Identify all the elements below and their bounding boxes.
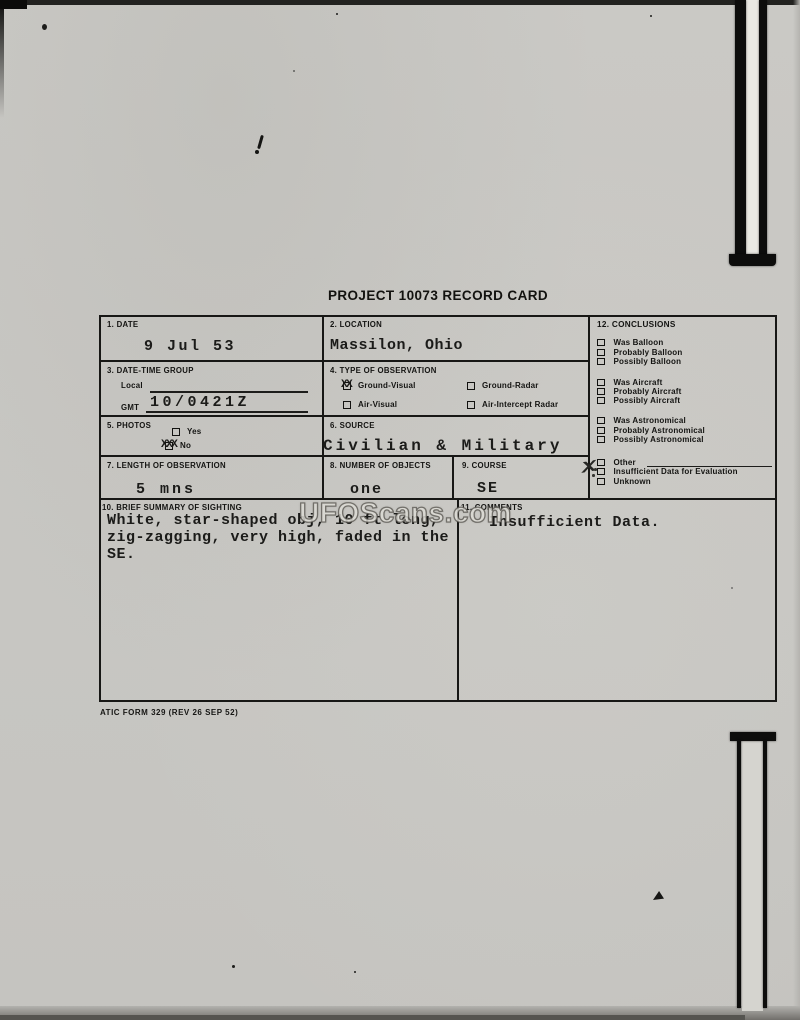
film-bar-top-right	[759, 0, 767, 256]
gmt-label: GMT	[121, 403, 139, 412]
local-label: Local	[121, 381, 143, 390]
form-number-footer: ATIC FORM 329 (REV 26 SEP 52)	[100, 708, 238, 717]
conclusion-was-astronomical: Was Astronomical	[597, 416, 772, 425]
ink-speck	[293, 70, 295, 72]
checkbox-icon	[597, 379, 605, 387]
film-strip-gap	[745, 0, 760, 254]
number-of-objects-value: one	[350, 481, 383, 498]
option-air-visual: Air-Visual	[343, 400, 397, 409]
checkbox-icon	[172, 428, 180, 436]
scan-right-edge	[793, 0, 800, 1020]
other-underline	[647, 459, 772, 467]
watermark: UFOScans.com	[299, 497, 512, 529]
checkbox-icon	[597, 339, 605, 347]
conclusion-probably-balloon: Probably Balloon	[597, 348, 772, 357]
checkbox-icon: XX	[343, 382, 351, 390]
ink-speck	[650, 15, 652, 17]
length-of-observation-value: 5 mns	[136, 481, 196, 498]
checkbox-icon	[597, 358, 605, 366]
pen-slash-dot	[255, 150, 259, 154]
checkbox-icon	[597, 468, 605, 476]
number-of-objects-label: 8. NUMBER OF OBJECTS	[330, 461, 431, 470]
conclusion-probably-astronomical: Probably Astronomical	[597, 426, 772, 435]
conclusion-unknown: Unknown	[597, 477, 772, 486]
pen-slash-mark	[257, 135, 264, 149]
conclusion-other: Other	[597, 458, 772, 467]
type-of-observation-label: 4. TYPE OF OBSERVATION	[330, 366, 437, 375]
film-bar-top-base	[729, 254, 776, 266]
ink-speck	[232, 965, 235, 968]
ink-speck	[336, 13, 338, 15]
grid-line	[99, 415, 590, 417]
length-of-observation-label: 7. LENGTH OF OBSERVATION	[107, 461, 226, 470]
scan-bottom-edge-dark	[0, 1015, 745, 1020]
ink-speck	[42, 24, 47, 30]
gmt-value: 10/0421Z	[150, 394, 250, 411]
grid-line	[99, 360, 590, 362]
stray-mark	[592, 474, 595, 477]
scan-left-edge	[0, 0, 4, 118]
grid-line	[452, 455, 454, 500]
ink-speck	[354, 971, 356, 973]
film-line-bottom-left	[737, 740, 741, 1008]
film-line-bottom-right	[763, 740, 767, 1008]
date-label: 1. DATE	[107, 320, 138, 329]
conclusion-possibly-balloon: Possibly Balloon	[597, 357, 772, 366]
option-air-intercept-radar: Air-Intercept Radar	[467, 400, 558, 409]
brief-summary-label: 10. BRIEF SUMMARY OF SIGHTING	[102, 503, 242, 512]
scan-top-edge	[0, 0, 800, 5]
gmt-underline	[146, 411, 308, 413]
grid-line	[99, 455, 590, 457]
document-title: PROJECT 10073 RECORD CARD	[99, 288, 777, 303]
checkbox-icon	[597, 427, 605, 435]
film-strip-gap-bottom	[742, 741, 763, 1011]
conclusion-possibly-astronomical: Possibly Astronomical	[597, 435, 772, 444]
conclusion-was-balloon: Was Balloon	[597, 338, 772, 347]
checkbox-icon	[597, 397, 605, 405]
conclusion-probably-aircraft: Probably Aircraft	[597, 387, 772, 396]
checkbox-icon	[343, 401, 351, 409]
x-mark: XXX	[161, 439, 176, 451]
checkbox-icon	[467, 401, 475, 409]
date-value: 9 Jul 53	[144, 338, 236, 355]
course-label: 9. COURSE	[462, 461, 507, 470]
photos-label: 5. PHOTOS	[107, 421, 151, 430]
date-time-group-label: 3. DATE-TIME GROUP	[107, 366, 194, 375]
checkbox-icon	[597, 436, 605, 444]
location-value: Massilon, Ohio	[330, 337, 463, 354]
location-label: 2. LOCATION	[330, 320, 382, 329]
comments-value: Insufficient Data.	[489, 514, 660, 531]
course-value: SE	[477, 480, 499, 497]
source-label: 6. SOURCE	[330, 421, 375, 430]
scanned-document-page: PROJECT 10073 RECORD CARD 1. DATE 9 Jul …	[0, 0, 800, 1020]
checkbox-icon	[597, 349, 605, 357]
conclusion-possibly-aircraft: Possibly Aircraft	[597, 396, 772, 405]
x-mark: XX	[341, 379, 351, 391]
scan-corner-mark	[0, 0, 27, 9]
conclusions-label: 12. CONCLUSIONS	[597, 320, 676, 329]
option-photos-yes: Yes	[172, 427, 201, 436]
conclusion-was-aircraft: Was Aircraft	[597, 378, 772, 387]
ink-blot-triangle	[653, 891, 664, 900]
checkbox-icon	[597, 417, 605, 425]
checkbox-icon	[597, 478, 605, 486]
local-underline	[150, 391, 308, 393]
option-ground-visual: XX Ground-Visual	[343, 381, 416, 390]
grid-line	[322, 315, 324, 500]
checkbox-icon	[597, 388, 605, 396]
film-bar-top-left	[735, 0, 746, 258]
stray-mark	[594, 468, 597, 471]
option-photos-no: XXX No	[165, 441, 191, 450]
checkbox-icon	[467, 382, 475, 390]
option-ground-radar: Ground-Radar	[467, 381, 539, 390]
conclusion-insufficient-data: Insufficient Data for Evaluation	[597, 467, 772, 476]
source-value: Civilian & Military	[323, 437, 562, 455]
checkbox-icon	[597, 459, 605, 467]
checkbox-icon: XXX	[165, 442, 173, 450]
